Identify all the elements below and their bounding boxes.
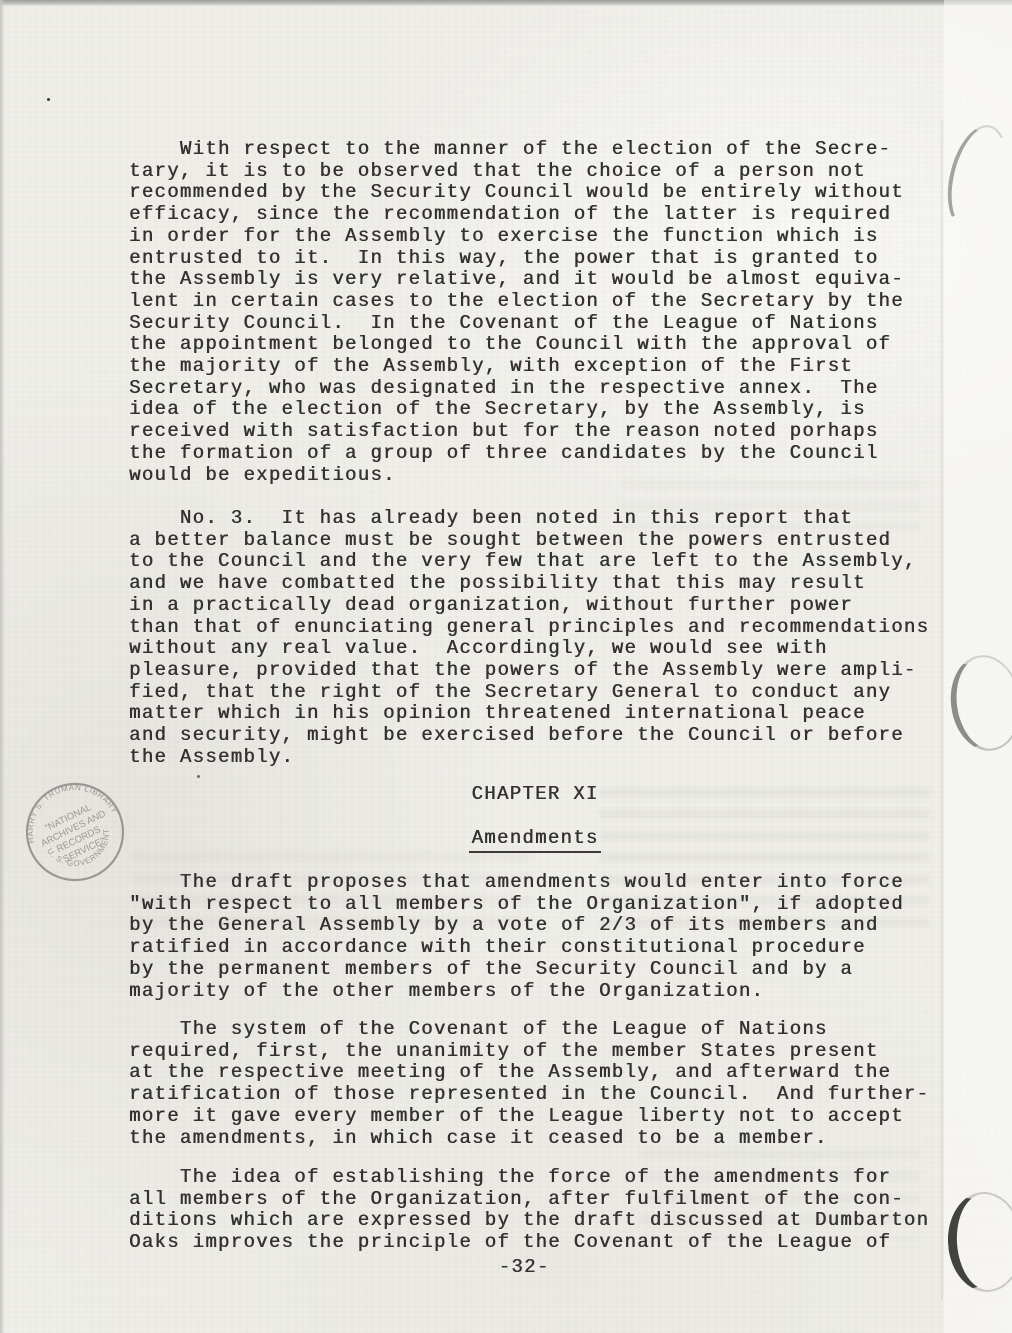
dust-speck <box>47 98 50 101</box>
section-heading-text: Amendments <box>469 827 600 853</box>
section-heading: Amendments <box>129 827 941 853</box>
chapter-heading: CHAPTER XI <box>129 783 941 805</box>
stamp-graphic: HARRY S. TRUMAN LIBRARY U. S. GOVERNMENT… <box>7 764 143 900</box>
paragraph-idea-of-establishing: The idea of establishing the force of th… <box>129 1167 941 1254</box>
paragraph-election-of-secretary: With respect to the manner of the electi… <box>129 139 941 486</box>
page-number: -32- <box>129 1256 919 1278</box>
scan-edge-top <box>0 0 1012 6</box>
paragraph-no-3-assembly-powers: No. 3. It has already been noted in this… <box>129 508 941 768</box>
dust-speck <box>197 775 200 778</box>
paragraph-covenant-system: The system of the Covenant of the League… <box>129 1019 941 1149</box>
scan-edge-left <box>0 0 5 1333</box>
truman-library-archives-stamp: HARRY S. TRUMAN LIBRARY U. S. GOVERNMENT… <box>7 764 143 900</box>
paragraph-draft-amendments: The draft proposes that amendments would… <box>129 872 941 1002</box>
paper-crease-line <box>941 120 943 1300</box>
